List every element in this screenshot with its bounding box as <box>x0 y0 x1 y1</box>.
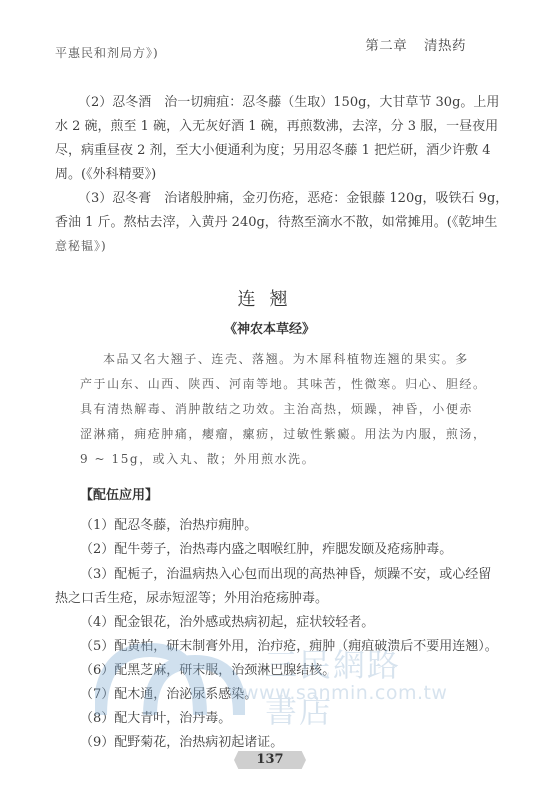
prescription-line: 周。(《外科精要》) <box>55 166 156 183</box>
prescription-line: 香油 1 斤。熬枯去滓，入黄丹 240g，待熬至滴水不散，如常摊用。(《乾坤生 <box>55 214 497 231</box>
application-item: （2）配牛蒡子，治热毒内盛之咽喉红肿，痄腮发颐及疮疡肿毒。 <box>80 541 452 558</box>
chapter-number: 第二章 <box>365 38 407 54</box>
book-page: 第二章 清热药 平惠民和剂局方》) （2）忍冬酒 治一切痈疽：忍冬藤（生取）15… <box>0 0 539 800</box>
continuation-source: 平惠民和剂局方》) <box>55 45 159 62</box>
prescription-line: （3）忍冬膏 治诸般肿痛，金刃伤疮，恶疮：金银藤 120g，吸铁石 9g， <box>78 190 508 207</box>
intro-line: 涩淋痛，痈疮肿痛，瘿瘤，瘰疬，过敏性紫癜。用法为内服，煎汤， <box>80 426 487 443</box>
intro-line: 产于山东、山西、陕西、河南等地。其味苦，性微寒。归心、胆经。 <box>80 376 487 393</box>
running-header: 第二章 清热药 <box>365 34 466 54</box>
prescription-line: 水 2 碗，煎至 1 碗，入无灰好酒 1 碗，再煎数沸，去滓，分 3 服，一昼夜… <box>55 118 498 135</box>
prescription-line: 意秘韫》) <box>55 238 107 255</box>
application-item: （8）配大青叶，治丹毒。 <box>80 710 231 727</box>
application-item: （3）配栀子，治温病热入心包而出现的高热神昏，烦躁不安，或心经留 <box>80 566 491 583</box>
section-title: 连翘 <box>0 285 539 311</box>
application-item: （1）配忍冬藤，治热疖痈肿。 <box>80 517 257 534</box>
application-item: （7）配木通，治泌尿系感染。 <box>80 686 257 703</box>
prescription-line: 尽，病重昼夜 2 剂，至大小便通利为度；另用忍冬藤 1 把烂研，酒少许敷 4 <box>55 142 490 159</box>
intro-line: 9 ~ 15g，或入丸、散；外用煎水洗。 <box>80 451 315 468</box>
application-item: 热之口舌生疮，尿赤短涩等；外用治疮疡肿毒。 <box>55 590 328 607</box>
subheading-combinations: 【配伍应用】 <box>80 484 158 503</box>
intro-line: 本品又名大翘子、连壳、落翘。为木犀科植物连翘的果实。多 <box>103 351 469 368</box>
application-item: （9）配野菊花，治热病初起诸证。 <box>80 734 283 751</box>
intro-line: 具有清热解毒、消肿散结之功效。主治高热，烦躁，神昏，小便赤 <box>80 401 473 418</box>
application-item: （4）配金银花，治外感或热病初起，症状较轻者。 <box>80 614 374 631</box>
section-source: 《神农本草经》 <box>0 318 539 337</box>
application-item: （5）配黄柏，研末制膏外用，治疖疮，痈肿（痈疽破溃后不要用连翘）。 <box>80 638 498 655</box>
page-number: 137 <box>234 751 306 769</box>
chapter-title: 清热药 <box>424 38 466 54</box>
application-item: （6）配黑芝麻，研末服，治颈淋巴腺结核。 <box>80 662 335 679</box>
prescription-line: （2）忍冬酒 治一切痈疽：忍冬藤（生取）150g，大甘草节 30g。上用 <box>78 94 499 111</box>
watermark-url: www.sanmin.com.tw <box>243 682 447 704</box>
